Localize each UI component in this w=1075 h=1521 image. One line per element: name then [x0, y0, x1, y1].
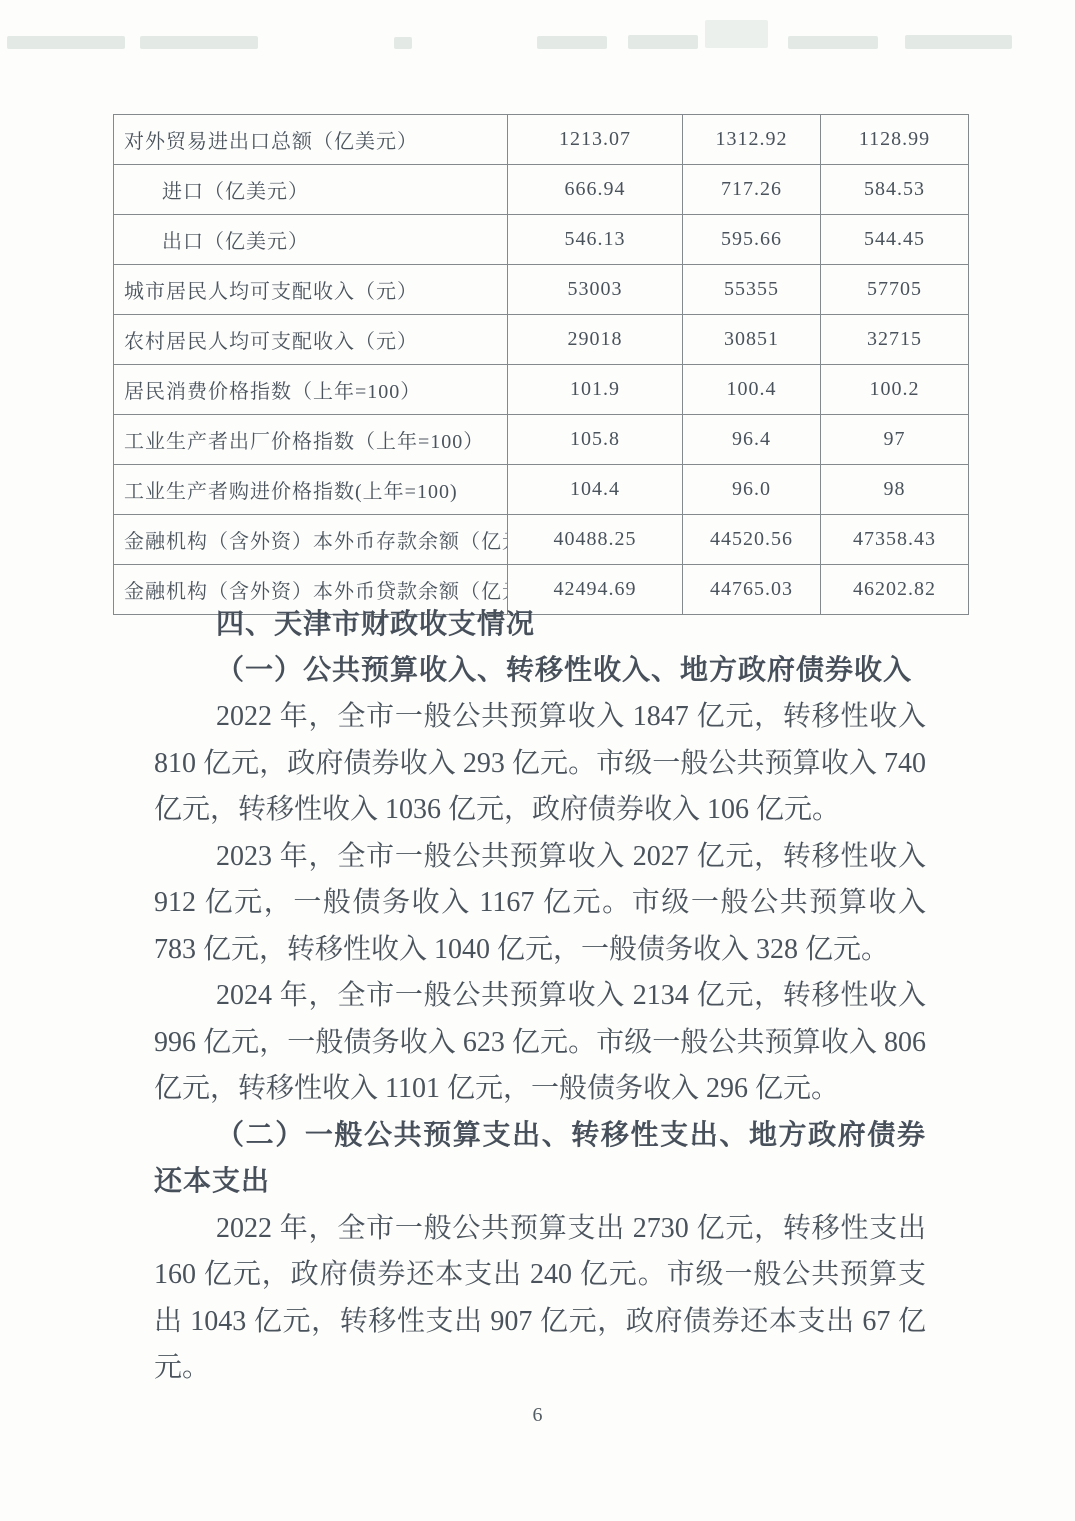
indicator-value: 44520.56 [683, 515, 821, 565]
table-row: 工业生产者购进价格指数(上年=100)104.496.098 [114, 465, 969, 515]
indicator-value: 57705 [821, 265, 969, 315]
scan-smudge [7, 36, 125, 49]
scan-smudge [628, 35, 698, 49]
paragraph-revenue-2023: 2023 年，全市一般公共预算收入 2027 亿元，转移性收入 912 亿元，一… [154, 834, 926, 974]
indicator-value: 47358.43 [821, 515, 969, 565]
scan-smudge [788, 36, 878, 49]
table-row: 城市居民人均可支配收入（元）530035535557705 [114, 265, 969, 315]
indicator-value: 666.94 [508, 165, 683, 215]
table-row: 金融机构（含外资）本外币存款余额（亿元）40488.2544520.564735… [114, 515, 969, 565]
indicator-value: 98 [821, 465, 969, 515]
indicator-value: 544.45 [821, 215, 969, 265]
scan-smudge [537, 36, 607, 49]
indicator-value: 1128.99 [821, 115, 969, 165]
indicator-value: 53003 [508, 265, 683, 315]
indicator-value: 30851 [683, 315, 821, 365]
indicator-value: 717.26 [683, 165, 821, 215]
indicator-value: 584.53 [821, 165, 969, 215]
table-row: 对外贸易进出口总额（亿美元）1213.071312.921128.99 [114, 115, 969, 165]
indicator-value: 104.4 [508, 465, 683, 515]
indicator-label: 农村居民人均可支配收入（元） [114, 315, 508, 365]
indicator-value: 1213.07 [508, 115, 683, 165]
indicator-value: 96.0 [683, 465, 821, 515]
paragraph-revenue-2024: 2024 年，全市一般公共预算收入 2134 亿元，转移性收入 996 亿元，一… [154, 973, 926, 1113]
indicator-label: 工业生产者购进价格指数(上年=100) [114, 465, 508, 515]
section-heading: 四、天津市财政收支情况 [154, 601, 926, 648]
indicator-value: 101.9 [508, 365, 683, 415]
indicator-value: 105.8 [508, 415, 683, 465]
table-row: 出口（亿美元）546.13595.66544.45 [114, 215, 969, 265]
table-row: 居民消费价格指数（上年=100）101.9100.4100.2 [114, 365, 969, 415]
scan-smudge [705, 20, 768, 48]
indicator-value: 546.13 [508, 215, 683, 265]
document-page: 对外贸易进出口总额（亿美元）1213.071312.921128.99进口（亿美… [0, 0, 1075, 1521]
indicator-value: 100.4 [683, 365, 821, 415]
document-body: 四、天津市财政收支情况 （一）公共预算收入、转移性收入、地方政府债券收入 202… [154, 601, 926, 1392]
indicator-value: 1312.92 [683, 115, 821, 165]
subsection-heading-expenditure: （二）一般公共预算支出、转移性支出、地方政府债券还本支出 [154, 1113, 926, 1206]
table-row: 工业生产者出厂价格指数（上年=100）105.896.497 [114, 415, 969, 465]
table-row: 进口（亿美元）666.94717.26584.53 [114, 165, 969, 215]
indicator-value: 595.66 [683, 215, 821, 265]
indicator-label: 金融机构（含外资）本外币存款余额（亿元） [114, 515, 508, 565]
indicator-value: 97 [821, 415, 969, 465]
indicator-label: 居民消费价格指数（上年=100） [114, 365, 508, 415]
paragraph-revenue-2022: 2022 年，全市一般公共预算收入 1847 亿元，转移性收入 810 亿元，政… [154, 694, 926, 834]
indicator-table: 对外贸易进出口总额（亿美元）1213.071312.921128.99进口（亿美… [113, 114, 969, 615]
indicator-label: 出口（亿美元） [114, 215, 508, 265]
indicator-value: 96.4 [683, 415, 821, 465]
scan-smudge [905, 35, 1012, 49]
subsection-heading-revenue: （一）公共预算收入、转移性收入、地方政府债券收入 [154, 648, 926, 695]
scan-smudge [140, 36, 258, 49]
paragraph-expenditure-2022: 2022 年，全市一般公共预算支出 2730 亿元，转移性支出 160 亿元，政… [154, 1206, 926, 1392]
table-row: 农村居民人均可支配收入（元）290183085132715 [114, 315, 969, 365]
indicator-label: 进口（亿美元） [114, 165, 508, 215]
indicator-value: 29018 [508, 315, 683, 365]
scan-artifacts [0, 0, 1075, 60]
indicator-value: 55355 [683, 265, 821, 315]
indicator-label: 对外贸易进出口总额（亿美元） [114, 115, 508, 165]
page-number: 6 [0, 1404, 1075, 1427]
indicator-value: 100.2 [821, 365, 969, 415]
scan-smudge [394, 37, 412, 49]
indicator-value: 32715 [821, 315, 969, 365]
indicator-label: 工业生产者出厂价格指数（上年=100） [114, 415, 508, 465]
indicator-label: 城市居民人均可支配收入（元） [114, 265, 508, 315]
indicator-value: 40488.25 [508, 515, 683, 565]
